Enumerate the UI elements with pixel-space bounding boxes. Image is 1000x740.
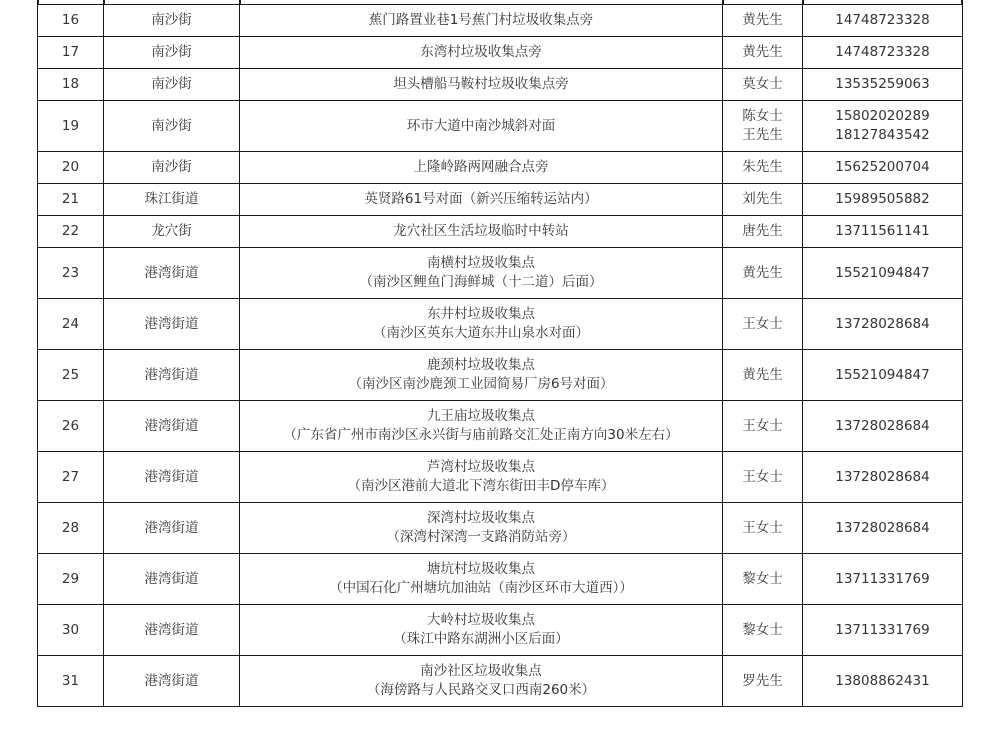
location-line: （广东省广州市南沙区永兴街与庙前路交汇处正南方向30米左右） (240, 426, 722, 445)
table-row: 23港湾街道南横村垃圾收集点（南沙区鲤鱼门海鲜城（十二道）后面）黄先生15521… (38, 248, 963, 299)
contact-name: 黄先生 (723, 264, 802, 283)
table-row: 19南沙街环市大道中南沙城斜对面陈女士王先生158020202891812784… (38, 101, 963, 152)
phone-number: 15989505882 (803, 190, 962, 209)
contact-cell: 王女士 (723, 503, 803, 554)
location-cell: 英贤路61号对面（新兴压缩转运站内） (240, 184, 723, 216)
contact-cell: 黄先生 (723, 350, 803, 401)
street-cell: 南沙街 (104, 69, 240, 101)
contact-name: 王女士 (723, 519, 802, 538)
row-number-cell: 23 (38, 248, 104, 299)
contact-name: 刘先生 (723, 190, 802, 209)
phone-number: 15802020289 (803, 107, 962, 126)
street-cell: 港湾街道 (104, 401, 240, 452)
location-cell: 上隆岭路两网融合点旁 (240, 152, 723, 184)
phone-number: 13711331769 (803, 621, 962, 640)
row-number-cell: 30 (38, 605, 104, 656)
location-line: 大岭村垃圾收集点 (240, 611, 722, 630)
contact-name: 黎女士 (723, 621, 802, 640)
contact-cell: 黎女士 (723, 554, 803, 605)
row-number-cell: 29 (38, 554, 104, 605)
table-row: 24港湾街道东井村垃圾收集点（南沙区英东大道东井山泉水对面）王女士1372802… (38, 299, 963, 350)
phone-cell: 13711331769 (803, 605, 963, 656)
location-line: （南沙区鲤鱼门海鲜城（十二道）后面） (240, 273, 722, 292)
table-row: 17南沙街东湾村垃圾收集点旁黄先生14748723328 (38, 37, 963, 69)
phone-cell: 13711331769 (803, 554, 963, 605)
table-row: 25港湾街道鹿颈村垃圾收集点（南沙区南沙鹿颈工业园简易厂房6号对面）黄先生155… (38, 350, 963, 401)
table-row: 30港湾街道大岭村垃圾收集点（珠江中路东湖洲小区后面）黎女士1371133176… (38, 605, 963, 656)
table-body: 16南沙街蕉门路置业巷1号蕉门村垃圾收集点旁黄先生1474872332817南沙… (38, 5, 963, 707)
phone-number: 13711331769 (803, 570, 962, 589)
contact-cell: 唐先生 (723, 216, 803, 248)
row-number-cell: 24 (38, 299, 104, 350)
phone-number: 13728028684 (803, 315, 962, 334)
row-number-cell: 16 (38, 5, 104, 37)
street-cell: 港湾街道 (104, 350, 240, 401)
contact-cell: 黎女士 (723, 605, 803, 656)
phone-cell: 1580202028918127843542 (803, 101, 963, 152)
phone-number: 13808862431 (803, 672, 962, 691)
contact-name: 黄先生 (723, 43, 802, 62)
location-cell: 南横村垃圾收集点（南沙区鲤鱼门海鲜城（十二道）后面） (240, 248, 723, 299)
street-cell: 南沙街 (104, 37, 240, 69)
table-row: 26港湾街道九王庙垃圾收集点（广东省广州市南沙区永兴街与庙前路交汇处正南方向30… (38, 401, 963, 452)
phone-number: 13728028684 (803, 417, 962, 436)
table-row: 18南沙街坦头槽船马鞍村垃圾收集点旁莫女士13535259063 (38, 69, 963, 101)
phone-number: 15625200704 (803, 158, 962, 177)
collection-point-table-container: 16南沙街蕉门路置业巷1号蕉门村垃圾收集点旁黄先生1474872332817南沙… (37, 4, 963, 707)
contact-name: 王女士 (723, 468, 802, 487)
phone-cell: 13728028684 (803, 503, 963, 554)
row-number-cell: 20 (38, 152, 104, 184)
street-cell: 港湾街道 (104, 503, 240, 554)
phone-cell: 13808862431 (803, 656, 963, 707)
location-line: 上隆岭路两网融合点旁 (240, 158, 722, 177)
phone-number: 18127843542 (803, 126, 962, 145)
contact-cell: 陈女士王先生 (723, 101, 803, 152)
row-number-cell: 26 (38, 401, 104, 452)
row-number-cell: 27 (38, 452, 104, 503)
location-line: 南横村垃圾收集点 (240, 254, 722, 273)
location-line: （海傍路与人民路交叉口西南260米） (240, 681, 722, 700)
location-line: 塘坑村垃圾收集点 (240, 560, 722, 579)
row-number-cell: 19 (38, 101, 104, 152)
contact-name: 罗先生 (723, 672, 802, 691)
row-number-cell: 18 (38, 69, 104, 101)
contact-cell: 罗先生 (723, 656, 803, 707)
table-row: 22龙穴街龙穴社区生活垃圾临时中转站唐先生13711561141 (38, 216, 963, 248)
location-line: （南沙区港前大道北下湾东街田丰D停车库） (240, 477, 722, 496)
phone-cell: 13535259063 (803, 69, 963, 101)
collection-point-table: 16南沙街蕉门路置业巷1号蕉门村垃圾收集点旁黄先生1474872332817南沙… (37, 4, 963, 707)
street-cell: 龙穴街 (104, 216, 240, 248)
location-cell: 龙穴社区生活垃圾临时中转站 (240, 216, 723, 248)
contact-name: 莫女士 (723, 75, 802, 94)
location-line: （南沙区南沙鹿颈工业园简易厂房6号对面） (240, 375, 722, 394)
location-line: 坦头槽船马鞍村垃圾收集点旁 (240, 75, 722, 94)
row-number-cell: 28 (38, 503, 104, 554)
street-cell: 南沙街 (104, 101, 240, 152)
location-cell: 深湾村垃圾收集点（深湾村深湾一支路消防站旁） (240, 503, 723, 554)
street-cell: 南沙街 (104, 152, 240, 184)
location-line: 环市大道中南沙城斜对面 (240, 117, 722, 136)
phone-cell: 15625200704 (803, 152, 963, 184)
table-row: 16南沙街蕉门路置业巷1号蕉门村垃圾收集点旁黄先生14748723328 (38, 5, 963, 37)
contact-cell: 王女士 (723, 452, 803, 503)
table-row: 20南沙街上隆岭路两网融合点旁朱先生15625200704 (38, 152, 963, 184)
contact-name: 朱先生 (723, 158, 802, 177)
location-cell: 鹿颈村垃圾收集点（南沙区南沙鹿颈工业园简易厂房6号对面） (240, 350, 723, 401)
phone-cell: 13728028684 (803, 299, 963, 350)
table-row: 27港湾街道芦湾村垃圾收集点（南沙区港前大道北下湾东街田丰D停车库）王女士137… (38, 452, 963, 503)
contact-name: 王女士 (723, 315, 802, 334)
location-cell: 东湾村垃圾收集点旁 (240, 37, 723, 69)
phone-cell: 13711561141 (803, 216, 963, 248)
row-number-cell: 22 (38, 216, 104, 248)
location-cell: 九王庙垃圾收集点（广东省广州市南沙区永兴街与庙前路交汇处正南方向30米左右） (240, 401, 723, 452)
location-cell: 环市大道中南沙城斜对面 (240, 101, 723, 152)
contact-cell: 王女士 (723, 401, 803, 452)
table-row: 29港湾街道塘坑村垃圾收集点（中国石化广州塘坑加油站（南沙区环市大道西））黎女士… (38, 554, 963, 605)
location-line: 东湾村垃圾收集点旁 (240, 43, 722, 62)
table-row: 31港湾街道南沙社区垃圾收集点（海傍路与人民路交叉口西南260米）罗先生1380… (38, 656, 963, 707)
row-number-cell: 31 (38, 656, 104, 707)
contact-cell: 黄先生 (723, 37, 803, 69)
table-row: 28港湾街道深湾村垃圾收集点（深湾村深湾一支路消防站旁）王女士137280286… (38, 503, 963, 554)
street-cell: 港湾街道 (104, 605, 240, 656)
row-number-cell: 21 (38, 184, 104, 216)
location-line: （中国石化广州塘坑加油站（南沙区环市大道西）） (240, 579, 722, 598)
contact-name: 陈女士 (723, 107, 802, 126)
row-number-cell: 25 (38, 350, 104, 401)
street-cell: 港湾街道 (104, 656, 240, 707)
location-line: （深湾村深湾一支路消防站旁） (240, 528, 722, 547)
location-line: 芦湾村垃圾收集点 (240, 458, 722, 477)
contact-cell: 刘先生 (723, 184, 803, 216)
street-cell: 港湾街道 (104, 299, 240, 350)
phone-cell: 15521094847 (803, 248, 963, 299)
street-cell: 港湾街道 (104, 554, 240, 605)
contact-name: 黄先生 (723, 11, 802, 30)
location-line: 深湾村垃圾收集点 (240, 509, 722, 528)
phone-number: 13535259063 (803, 75, 962, 94)
location-line: 九王庙垃圾收集点 (240, 407, 722, 426)
street-cell: 港湾街道 (104, 452, 240, 503)
contact-cell: 莫女士 (723, 69, 803, 101)
location-cell: 蕉门路置业巷1号蕉门村垃圾收集点旁 (240, 5, 723, 37)
location-line: 南沙社区垃圾收集点 (240, 662, 722, 681)
phone-number: 15521094847 (803, 264, 962, 283)
contact-cell: 黄先生 (723, 248, 803, 299)
phone-number: 13728028684 (803, 468, 962, 487)
phone-cell: 14748723328 (803, 5, 963, 37)
table-row: 21珠江街道英贤路61号对面（新兴压缩转运站内）刘先生15989505882 (38, 184, 963, 216)
location-line: 英贤路61号对面（新兴压缩转运站内） (240, 190, 722, 209)
contact-name: 王女士 (723, 417, 802, 436)
contact-cell: 黄先生 (723, 5, 803, 37)
row-number-cell: 17 (38, 37, 104, 69)
contact-name: 黄先生 (723, 366, 802, 385)
location-cell: 芦湾村垃圾收集点（南沙区港前大道北下湾东街田丰D停车库） (240, 452, 723, 503)
location-line: （珠江中路东湖洲小区后面） (240, 630, 722, 649)
phone-cell: 13728028684 (803, 452, 963, 503)
contact-name: 唐先生 (723, 222, 802, 241)
location-cell: 大岭村垃圾收集点（珠江中路东湖洲小区后面） (240, 605, 723, 656)
street-cell: 珠江街道 (104, 184, 240, 216)
contact-name: 黎女士 (723, 570, 802, 589)
phone-number: 15521094847 (803, 366, 962, 385)
location-line: 蕉门路置业巷1号蕉门村垃圾收集点旁 (240, 11, 722, 30)
location-cell: 塘坑村垃圾收集点（中国石化广州塘坑加油站（南沙区环市大道西）） (240, 554, 723, 605)
street-cell: 南沙街 (104, 5, 240, 37)
phone-cell: 14748723328 (803, 37, 963, 69)
location-line: 鹿颈村垃圾收集点 (240, 356, 722, 375)
location-cell: 坦头槽船马鞍村垃圾收集点旁 (240, 69, 723, 101)
phone-cell: 15521094847 (803, 350, 963, 401)
phone-number: 13728028684 (803, 519, 962, 538)
location-line: 龙穴社区生活垃圾临时中转站 (240, 222, 722, 241)
street-cell: 港湾街道 (104, 248, 240, 299)
location-line: 东井村垃圾收集点 (240, 305, 722, 324)
phone-number: 14748723328 (803, 43, 962, 62)
phone-cell: 13728028684 (803, 401, 963, 452)
location-line: （南沙区英东大道东井山泉水对面） (240, 324, 722, 343)
contact-cell: 王女士 (723, 299, 803, 350)
contact-name: 王先生 (723, 126, 802, 145)
location-cell: 南沙社区垃圾收集点（海傍路与人民路交叉口西南260米） (240, 656, 723, 707)
phone-cell: 15989505882 (803, 184, 963, 216)
phone-number: 13711561141 (803, 222, 962, 241)
location-cell: 东井村垃圾收集点（南沙区英东大道东井山泉水对面） (240, 299, 723, 350)
contact-cell: 朱先生 (723, 152, 803, 184)
phone-number: 14748723328 (803, 11, 962, 30)
